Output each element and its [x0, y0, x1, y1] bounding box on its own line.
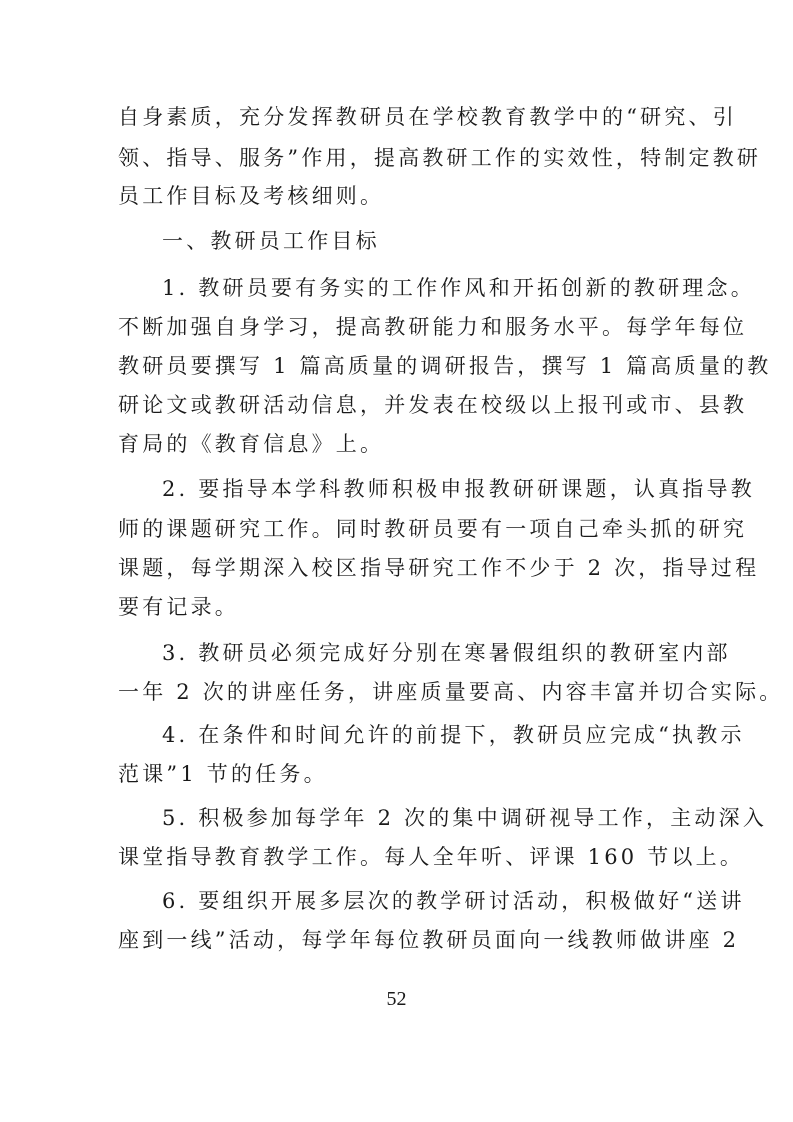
page-number: 52	[0, 988, 793, 1011]
document-page: 自身素质，充分发挥教研员在学校教育教学中的“研究、引 领、指导、服务”作用，提高…	[0, 0, 793, 1122]
item-2-line-3: 课题，每学期深入校区指导研究工作不少于 2 次，指导过程	[118, 556, 698, 580]
item-4-line-1: 4. 在条件和时间允许的前提下，教研员应完成“执教示	[162, 723, 698, 747]
item-5-line-1: 5. 积极参加每学年 2 次的集中调研视导工作，主动深入	[162, 806, 698, 830]
item-6-line-2: 座到一线”活动，每学年每位教研员面向一线教师做讲座 2	[118, 928, 698, 952]
item-1-line-1: 1. 教研员要有务实的工作作风和开拓创新的教研理念。	[162, 276, 698, 300]
intro-line-1: 自身素质，充分发挥教研员在学校教育教学中的“研究、引	[118, 105, 698, 129]
item-2-line-2: 师的课题研究工作。同时教研员要有一项自己牵头抓的研究	[118, 517, 698, 541]
item-2-line-4: 要有记录。	[118, 595, 698, 619]
item-3-line-2: 一年 2 次的讲座任务，讲座质量要高、内容丰富并切合实际。	[118, 680, 698, 704]
item-4-line-2: 范课”1 节的任务。	[118, 762, 698, 786]
section-heading: 一、教研员工作目标	[162, 229, 698, 253]
item-6-line-1: 6. 要组织开展多层次的教学研讨活动，积极做好“送讲	[162, 889, 698, 913]
item-1-line-5: 育局的《教育信息》上。	[118, 432, 698, 456]
intro-line-3: 员工作目标及考核细则。	[118, 184, 698, 208]
item-5-line-2: 课堂指导教育教学工作。每人全年听、评课 160 节以上。	[118, 845, 698, 869]
item-3-line-1: 3. 教研员必须完成好分别在寒暑假组织的教研室内部	[162, 641, 698, 665]
item-1-line-4: 研论文或教研活动信息，并发表在校级以上报刊或市、县教	[118, 393, 698, 417]
item-2-line-1: 2. 要指导本学科教师积极申报教研研课题，认真指导教	[162, 477, 698, 501]
item-1-line-3: 教研员要撰写 1 篇高质量的调研报告，撰写 1 篇高质量的教	[118, 354, 698, 378]
item-1-line-2: 不断加强自身学习，提高教研能力和服务水平。每学年每位	[118, 315, 698, 339]
intro-line-2: 领、指导、服务”作用，提高教研工作的实效性，特制定教研	[118, 146, 698, 170]
